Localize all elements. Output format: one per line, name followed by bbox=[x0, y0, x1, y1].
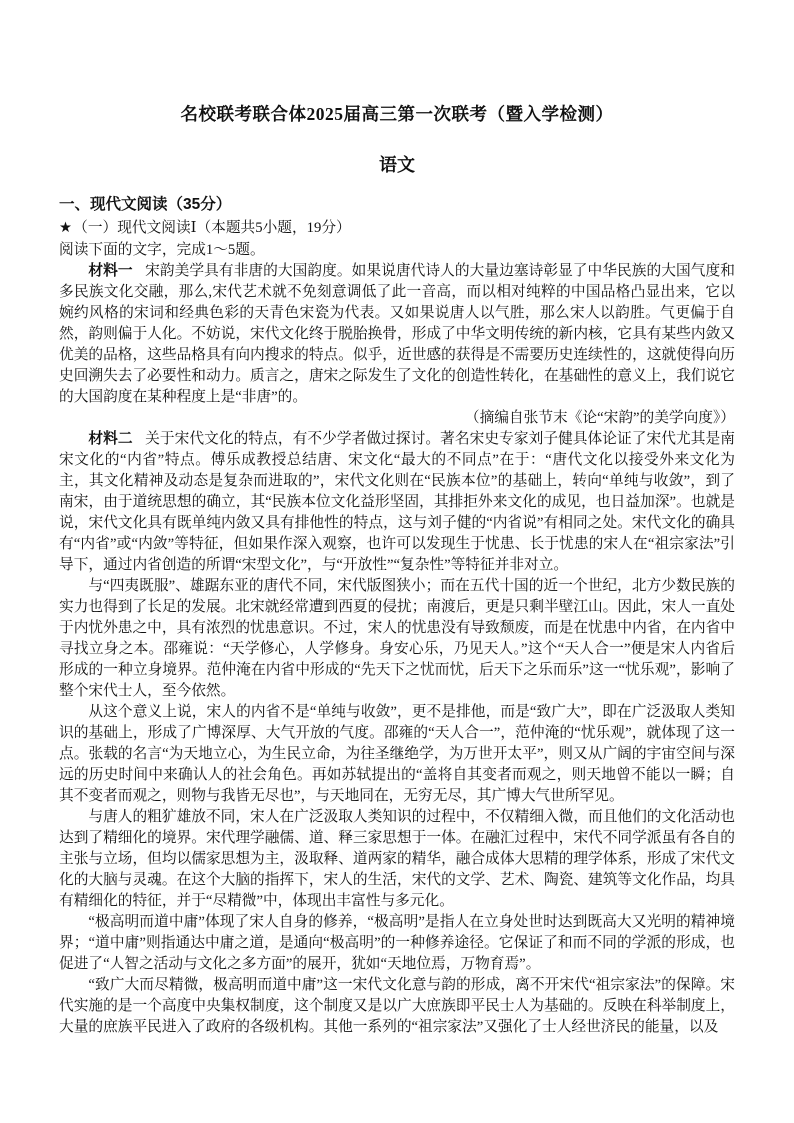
section-heading: 一、现代文阅读（35分） bbox=[59, 194, 735, 215]
part-title-line: ★（一）现代文阅读Ⅰ（本题共5小题，19分） bbox=[59, 218, 735, 239]
page-title: 名校联考联合体2025届高三第一次联考（暨入学检测） bbox=[59, 102, 735, 126]
material-two-paragraph: 与唐人的粗犷雄放不同，宋人在广泛汲取人类知识的过程中，不仅精细入微，而且他们的文… bbox=[59, 807, 735, 912]
material-two-paragraph: “极高明而道中庸”体现了宋人自身的修养，“极高明”是指人在立身处世时达到既高大又… bbox=[59, 912, 735, 975]
reading-instruction: 阅读下面的文字，完成1～5题。 bbox=[59, 240, 735, 261]
material-two-paragraph: 与“四夷既服”、雄踞东亚的唐代不同，宋代版图狭小；而在五代十国的近一个世纪，北方… bbox=[59, 576, 735, 702]
star-icon: ★ bbox=[59, 220, 72, 236]
material-two-paragraph: 从这个意义上说，宋人的内省不是“单纯与收敛”，更不是排他，而是“致广大”，即在广… bbox=[59, 702, 735, 807]
subject-title: 语文 bbox=[59, 153, 735, 177]
exam-paper-page: 名校联考联合体2025届高三第一次联考（暨入学检测） 语文 一、现代文阅读（35… bbox=[0, 0, 794, 1123]
material-one-label: 材料一 bbox=[88, 263, 132, 279]
part-title: （一）现代文阅读Ⅰ（本题共5小题，19分） bbox=[73, 220, 351, 236]
material-two-text-1: 关于宋代文化的特点，有不少学者做过探讨。著名宋史专家刘子健具体论证了宋代尤其是南… bbox=[59, 431, 735, 573]
material-one-paragraph: 材料一宋韵美学具有非唐的大国韵度。如果说唐代诗人的大量边塞诗彰显了中华民族的大国… bbox=[59, 261, 735, 408]
material-two-label: 材料二 bbox=[88, 431, 132, 447]
material-two-paragraph: “致广大而尽精微，极高明而道中庸”这一宋代文化意与韵的形成，离不开宋代“祖宗家法… bbox=[59, 975, 735, 1038]
material-one-attribution: （摘编自张节末《论“宋韵”的美学向度》） bbox=[59, 408, 735, 429]
material-one-text: 宋韵美学具有非唐的大国韵度。如果说唐代诗人的大量边塞诗彰显了中华民族的大国气度和… bbox=[59, 263, 735, 405]
material-two-paragraph: 材料二关于宋代文化的特点，有不少学者做过探讨。著名宋史专家刘子健具体论证了宋代尤… bbox=[59, 429, 735, 576]
